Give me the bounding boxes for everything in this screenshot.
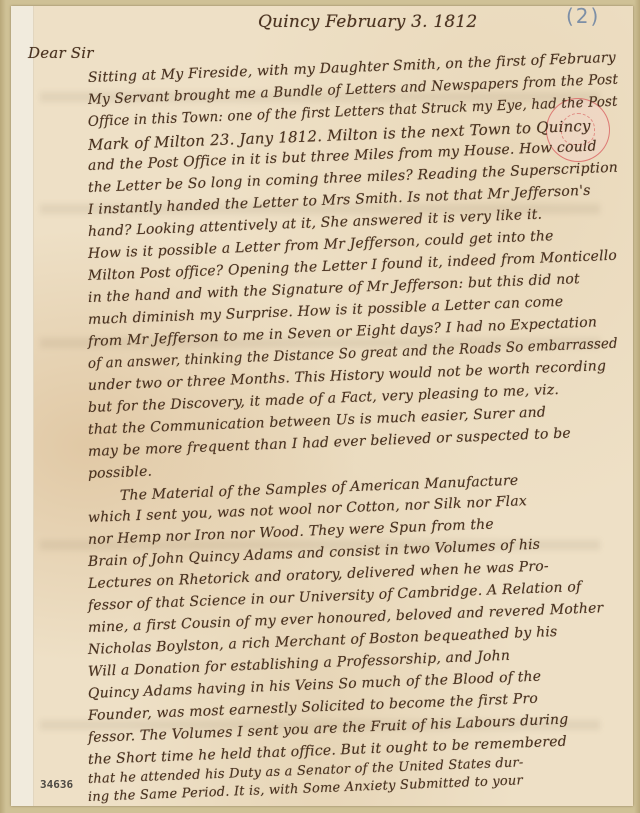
- mounting-hinge-strip: [11, 6, 34, 806]
- text-line: possible.: [88, 464, 153, 482]
- catalog-number: 34636: [40, 778, 73, 791]
- page-number: (2): [566, 4, 600, 28]
- salutation: Dear Sir: [28, 44, 94, 62]
- letter-heading: Quincy February 3. 1812: [258, 12, 477, 32]
